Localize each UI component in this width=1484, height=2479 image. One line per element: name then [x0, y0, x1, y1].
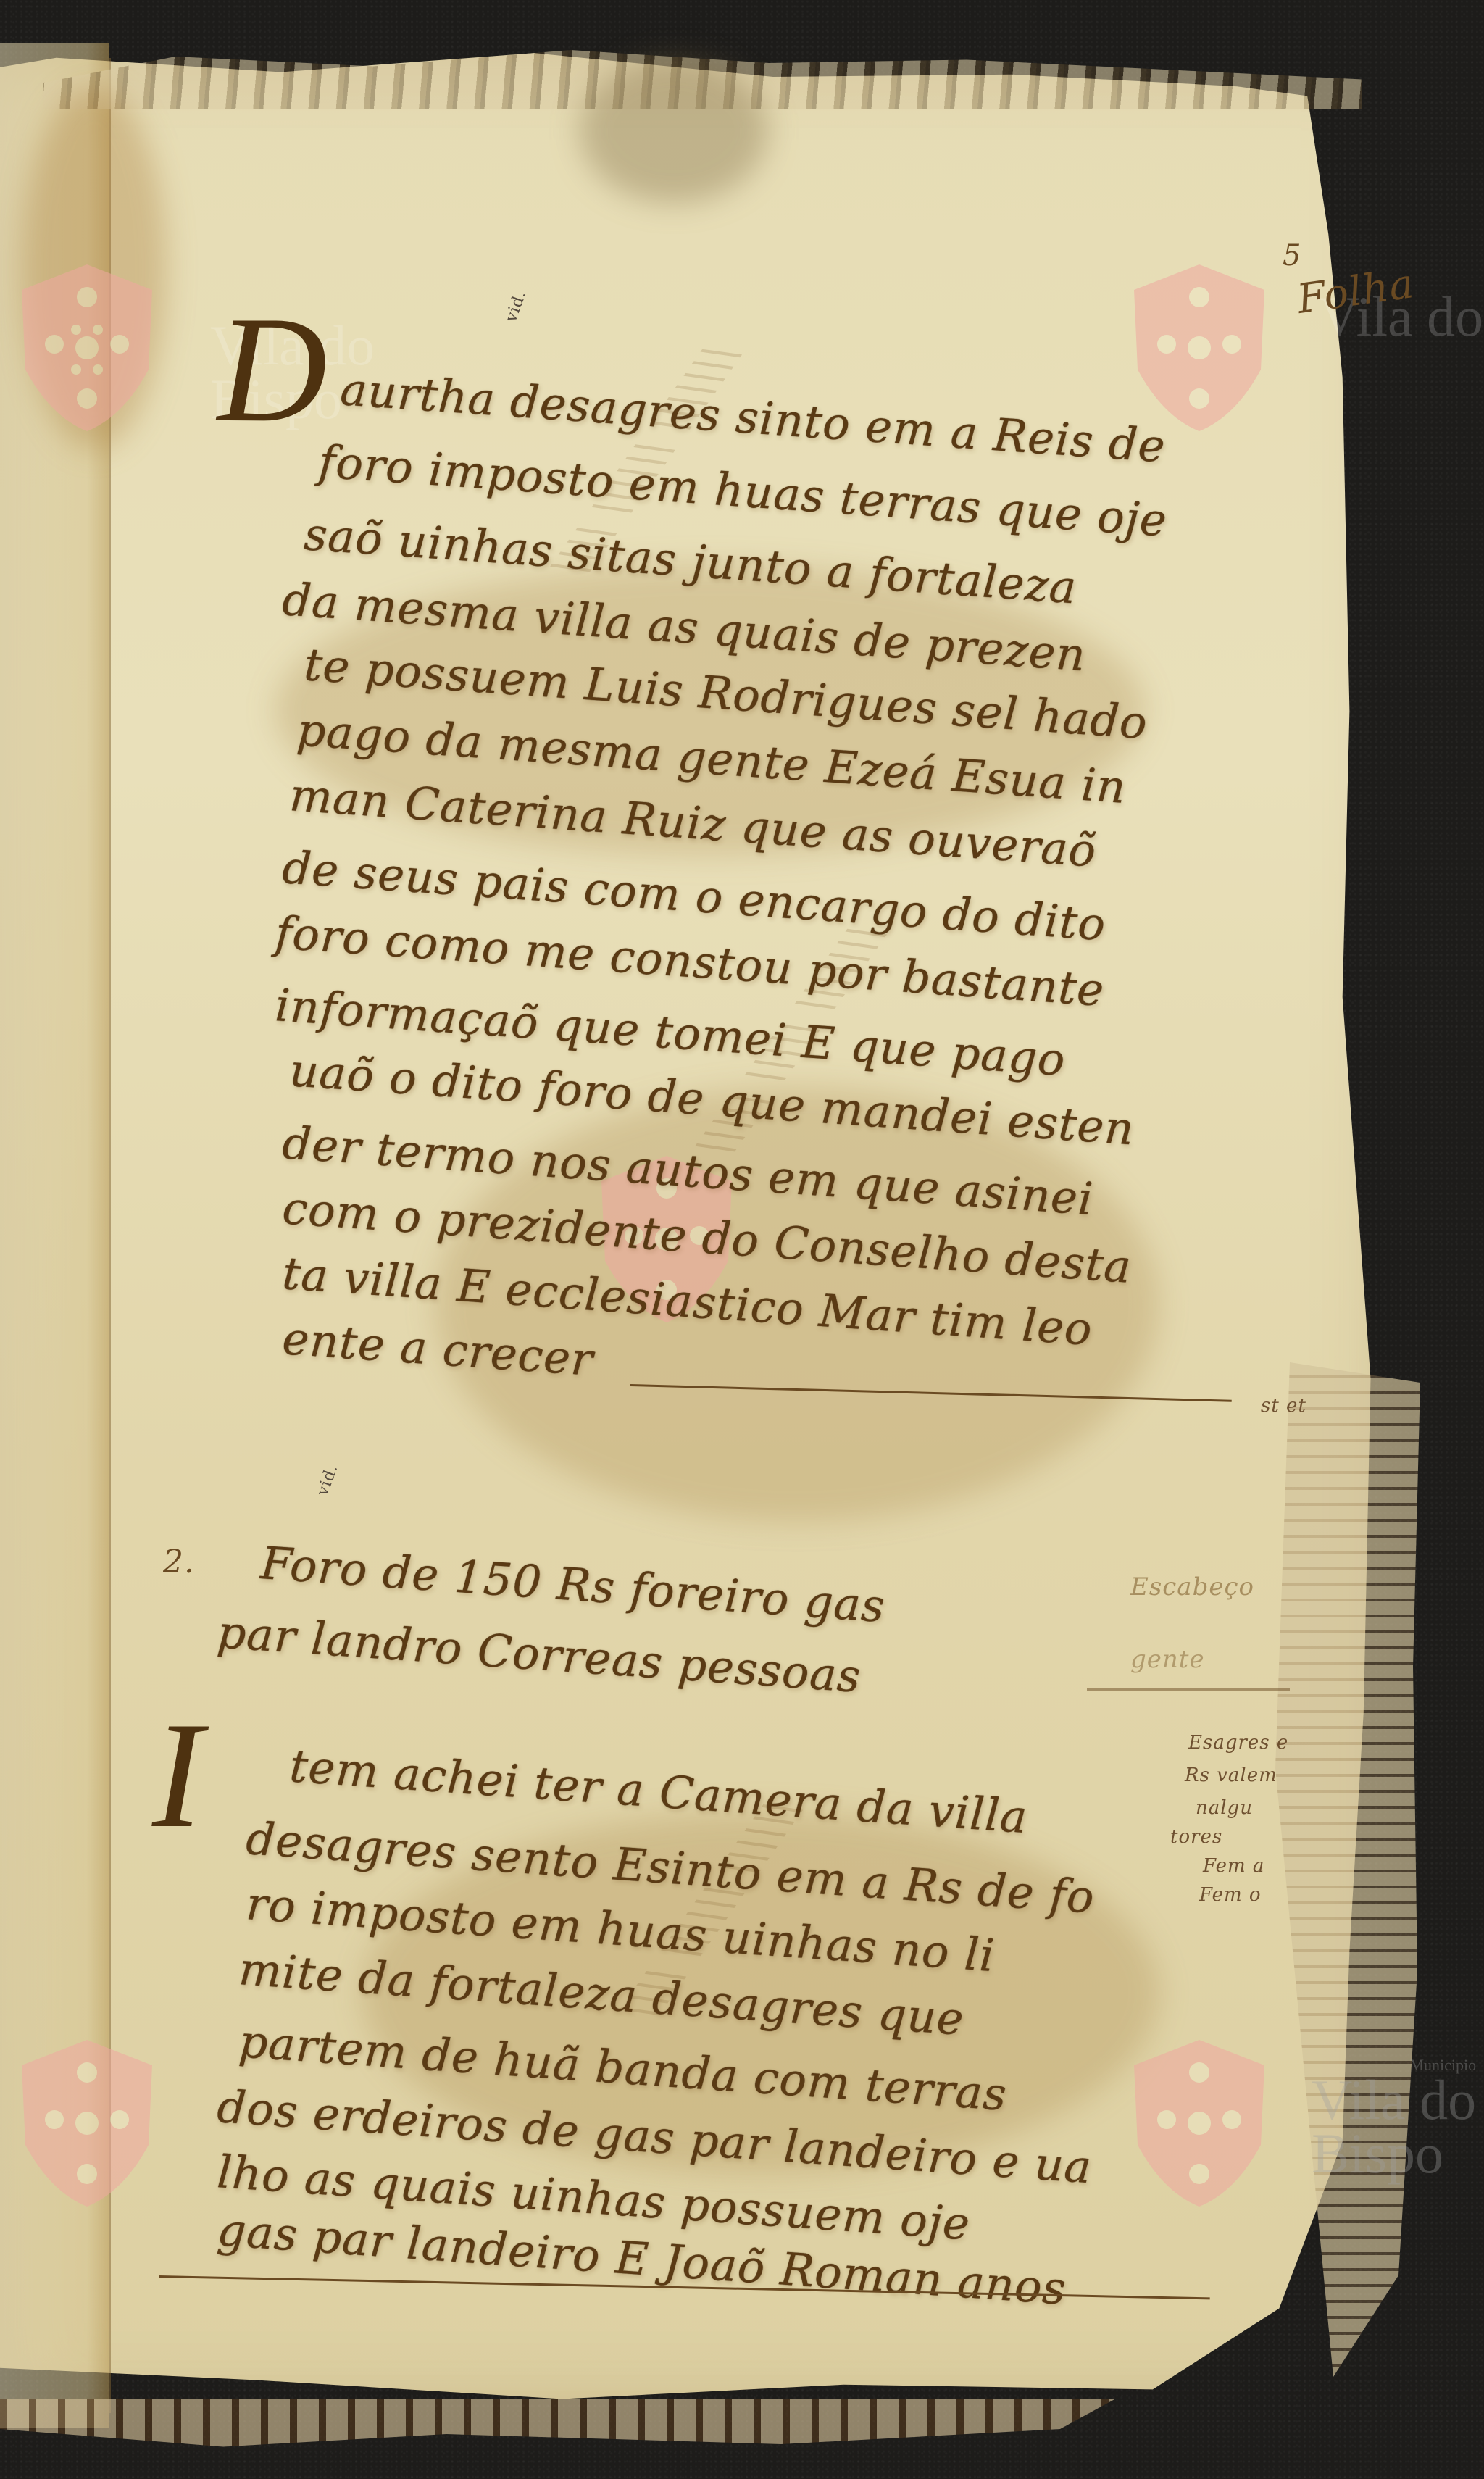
margin-note: gente	[1130, 1645, 1205, 1674]
municipal-shield-watermark	[14, 261, 159, 435]
torn-bottom-edge	[0, 2399, 1116, 2449]
watermark-line2: Bispo	[1312, 2127, 1476, 2180]
section-number: 2.	[163, 1543, 195, 1580]
folio-number: 5	[1283, 239, 1301, 272]
margin-note: Fem a	[1203, 1855, 1264, 1877]
margin-note: Fem o	[1199, 1884, 1262, 1906]
municipal-shield-watermark	[1127, 2036, 1272, 2210]
torn-fragment-text: st et	[1261, 1395, 1306, 1417]
municipal-shield-watermark	[1127, 261, 1272, 435]
torn-top-edge	[43, 43, 1362, 109]
margin-note: Rs valem	[1185, 1765, 1277, 1786]
vila-do-bispo-logo: Municipio Vila do Bispo	[1312, 2058, 1476, 2180]
entry1-dropcap: D	[217, 283, 328, 457]
municipal-shield-watermark	[14, 2036, 159, 2210]
entry3-dropcap: I	[152, 1688, 204, 1863]
margin-note: tores	[1170, 1826, 1222, 1848]
margin-note: nalgu	[1196, 1797, 1253, 1819]
watermark-line1: Vila do	[1312, 2073, 1476, 2127]
margin-note: Escabeço	[1130, 1572, 1254, 1601]
margin-note: Esagres e	[1188, 1732, 1288, 1754]
entry-separator-line	[1087, 1688, 1290, 1691]
